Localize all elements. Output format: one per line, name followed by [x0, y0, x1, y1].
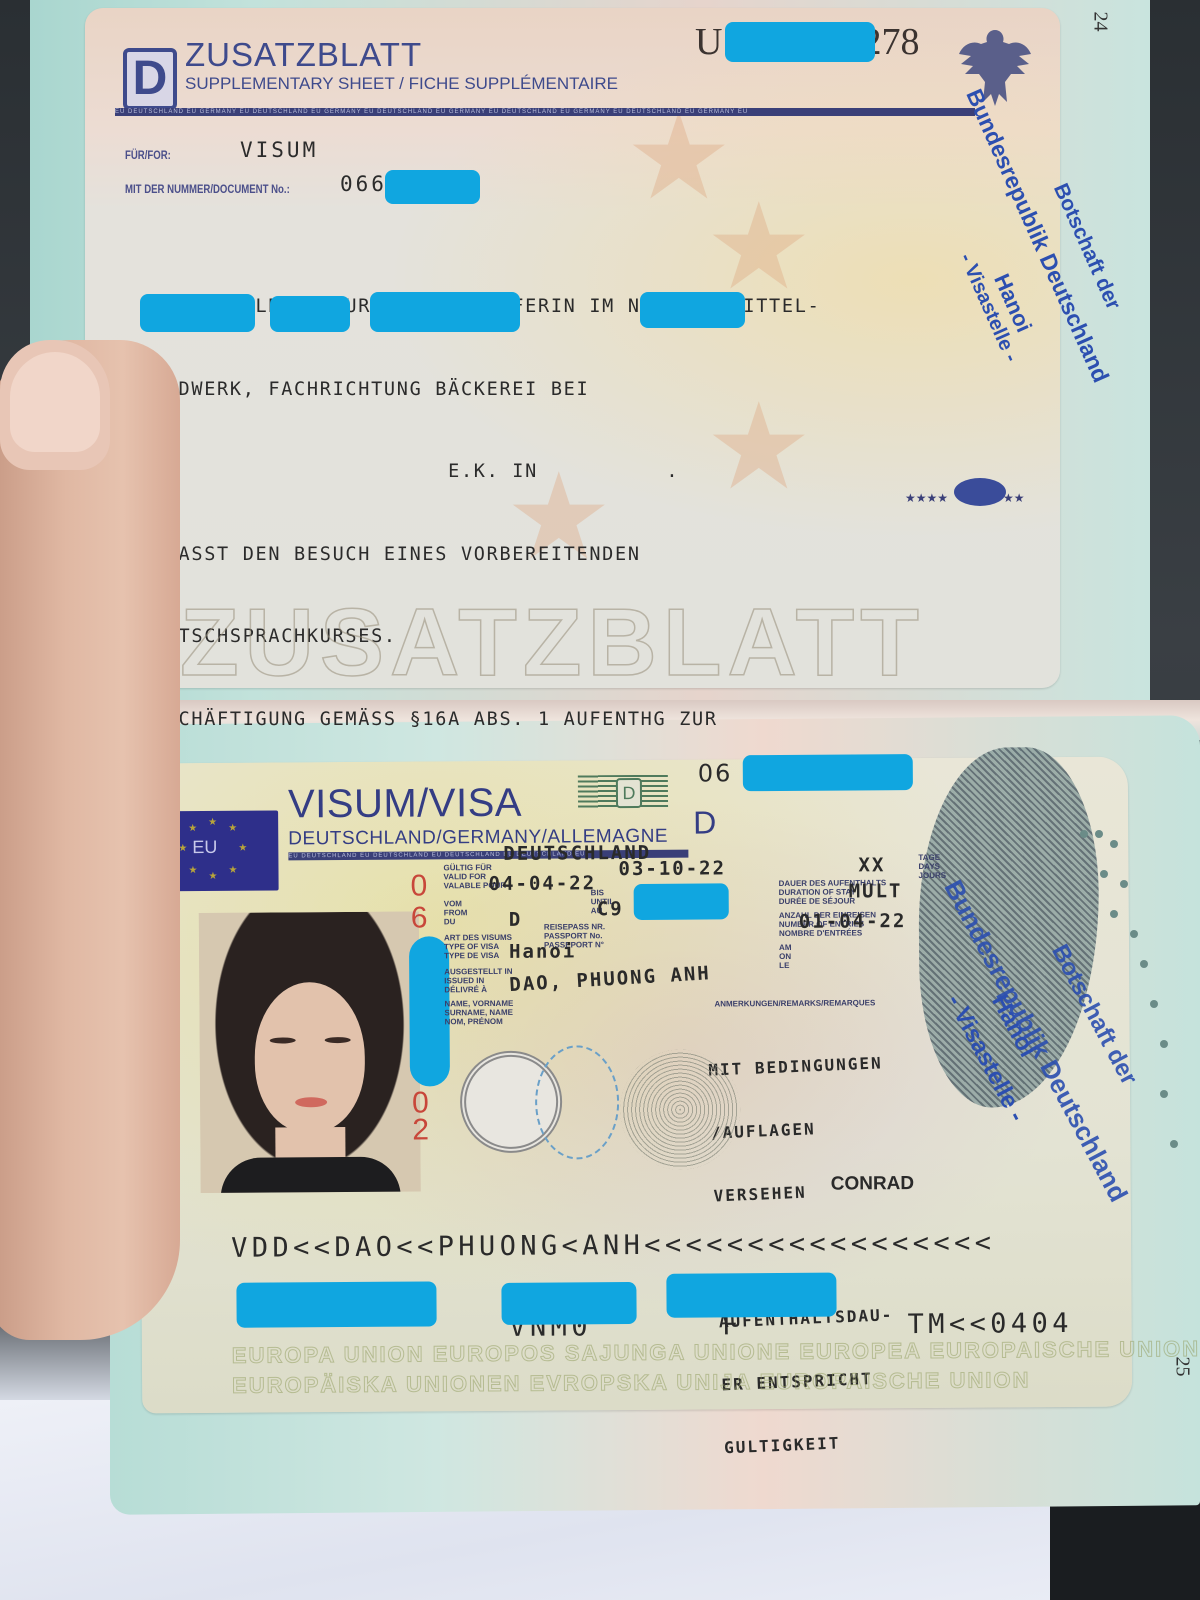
- visa-type-label: ART DES VISUMS TYPE OF VISA TYPE DE VISA: [444, 933, 512, 960]
- for-value: VISUM: [240, 138, 318, 162]
- redaction-mrz: [501, 1282, 636, 1325]
- issued-in-label: AUSGESTELLT IN ISSUED IN DÉLIVRÉ À: [444, 967, 512, 994]
- eu-security-band: EU DEUTSCHLAND EU GERMANY EU DEUTSCHLAND…: [115, 108, 975, 116]
- vertical-number-digit: 6: [411, 901, 428, 935]
- redaction-mrz: [666, 1273, 836, 1318]
- entries-value: MULT: [849, 880, 903, 902]
- svg-text:★★★★: ★★★★: [905, 491, 948, 505]
- hologram-kinegram: [918, 747, 1101, 1108]
- svg-text:★★: ★★: [1003, 491, 1025, 505]
- mrz-line-1: VDD<<DAO<<PHUONG<ANH<<<<<<<<<<<<<<<<<: [231, 1227, 995, 1263]
- security-fingerprint-pattern: [620, 1049, 741, 1170]
- sheet-subtitle: SUPPLEMENTARY SHEET / FICHE SUPPLÉMENTAI…: [185, 74, 618, 94]
- thumbnail: [10, 352, 100, 452]
- remarks-label: ANMERKUNGEN/REMARKS/REMARQUES: [714, 998, 875, 1008]
- from-value: 04-04-22: [489, 872, 597, 895]
- passport-value: C9: [597, 898, 624, 920]
- redaction-serial: [725, 22, 875, 62]
- visa-country-letter: D: [693, 804, 716, 841]
- redaction-employer: [370, 292, 520, 332]
- sheet-title: ZUSATZBLATT: [185, 36, 422, 74]
- redaction-mrz: [236, 1281, 436, 1327]
- redaction-document-number: [385, 170, 480, 204]
- vertical-number-digit: 0: [410, 869, 427, 903]
- security-rosette-icon: [535, 1045, 620, 1160]
- document-number-value: 066: [340, 172, 387, 196]
- name-value: DAO, PHUONG ANH: [509, 962, 712, 996]
- redaction-employer: [140, 294, 255, 332]
- supplementary-sheet: ★ ★ ★ ★ D ZUSATZBLATT SUPPLEMENTARY SHEE…: [85, 8, 1060, 688]
- eu-watermark-line: EUROPÄISKA UNIONEN EVROPSKA UNIJA EUROPA…: [232, 1367, 1031, 1399]
- on-label: AM ON LE: [779, 943, 792, 970]
- until-value: 03-10-22: [618, 857, 726, 880]
- name-label: NAME, VORNAME SURNAME, NAME NOM, PRÉNOM: [444, 999, 513, 1026]
- hand: [0, 340, 180, 1340]
- from-label: VOM FROM DU: [444, 899, 468, 926]
- redaction-city: [640, 292, 745, 328]
- signature-name: CONRAD: [831, 1173, 915, 1196]
- issued-in-value: Hanoi: [509, 940, 576, 962]
- visa-type-value: D: [509, 909, 523, 931]
- redaction-passport: [634, 883, 729, 920]
- redaction-visa-number: [743, 754, 913, 791]
- d-hologram-icon: D: [616, 778, 642, 808]
- sheet-watermark: ZUSATZBLATT: [180, 588, 925, 698]
- duration-value: XX: [858, 854, 885, 876]
- on-value: 01-04-22: [799, 910, 907, 933]
- page-number-bottom: 25: [1171, 1357, 1194, 1377]
- visa-title: VISUM/VISA: [288, 781, 522, 828]
- holder-photo: [199, 912, 421, 1194]
- document-number-label: MIT DER NUMMER/DOCUMENT No.:: [125, 182, 290, 196]
- vertical-number-digit: 2: [412, 1113, 429, 1147]
- visa-document-number: 06: [698, 759, 733, 787]
- for-label: FÜR/FOR:: [125, 148, 171, 162]
- stars-rhino-emblem-icon: ★★★★ ★★: [905, 468, 1025, 518]
- d-logo-icon: D: [123, 48, 177, 110]
- page-number-top: 24: [1089, 12, 1112, 32]
- duration-unit: TAGE DAYS JOURS: [918, 853, 946, 880]
- redaction-employer: [270, 296, 350, 332]
